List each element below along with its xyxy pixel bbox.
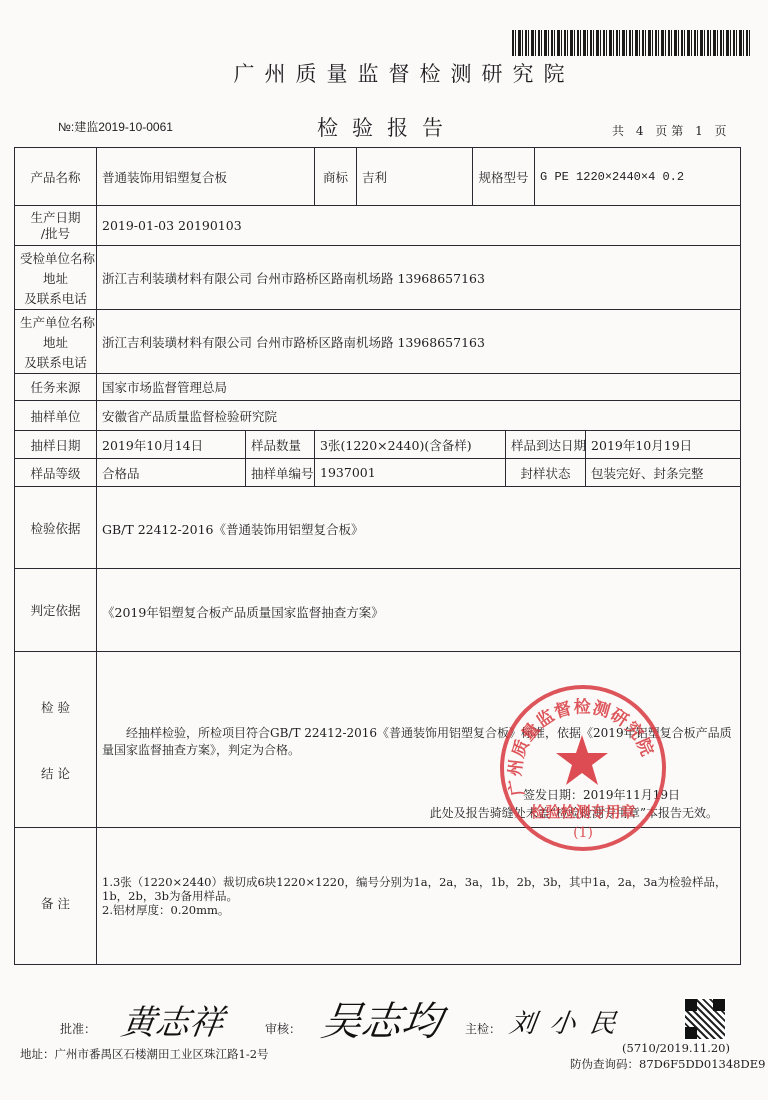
label-trademark: 商标 (315, 148, 357, 206)
remarks-line-1: 1.3张（1220×2440）裁切成6块1220×1220，编号分别为1a，2a… (102, 875, 735, 903)
value-judgment: 《2019年铝塑复合板产品质量国家监督抽查方案》 (97, 569, 741, 652)
label-conclusion: 检 验 结 论 (15, 652, 97, 828)
label-sampling-no: 抽样单编号 (246, 459, 315, 487)
row-product: 产品名称 普通装饰用铝塑复合板 商标 吉利 规格型号 G PE 1220×244… (15, 148, 741, 206)
value-product-name: 普通装饰用铝塑复合板 (97, 148, 315, 206)
chief-signature: 刘小民 (507, 1003, 632, 1040)
footer-address: 地址：广州市番禺区石楼潮田工业区珠江路1-2号 (20, 1046, 269, 1062)
approve-label: 批准： (60, 1020, 96, 1037)
star-icon (556, 735, 608, 785)
label-seal-status: 封样状态 (506, 459, 586, 487)
stamp-bottom-text: 检验检测专用章 (530, 803, 635, 821)
value-production-date: 2019-01-03 20190103 (97, 206, 741, 246)
value-task-source: 国家市场监督管理总局 (97, 374, 741, 401)
label-line: 结 论 (20, 764, 91, 782)
label-judgment: 判定依据 (15, 569, 97, 652)
page-info: 共 4 页第 1 页 (612, 122, 731, 139)
row-producer-unit: 生产单位名称 地址 及联系电话 浙江吉利装璜材料有限公司 台州市路桥区路南机场路… (15, 310, 741, 374)
value-basis: GB/T 22412-2016《普通装饰用铝塑复合板》 (97, 487, 741, 569)
serial-number: (5710/2019.11.20) (600, 1040, 730, 1056)
label-line: 及联系电话 (20, 353, 91, 373)
approve-signature: 黄志祥 (119, 995, 228, 1044)
qr-code[interactable] (684, 998, 726, 1040)
institute-name: 广州质量监督检测研究院 (0, 58, 768, 88)
review-signature: 吴志均 (318, 990, 446, 1047)
row-sample-grade: 样品等级 合格品 抽样单编号 1937001 封样状态 包装完好、封条完整 (15, 459, 741, 487)
barcode (512, 30, 752, 56)
review-label: 审核： (265, 1020, 301, 1037)
row-sampling-date: 抽样日期 2019年10月14日 样品数量 3张(1220×2440)(含备样)… (15, 431, 741, 459)
row-production-date: 生产日期 /批号 2019-01-03 20190103 (15, 206, 741, 246)
label-sample-grade: 样品等级 (15, 459, 97, 487)
label-producer-unit: 生产单位名称 地址 及联系电话 (15, 310, 97, 374)
stamp-number: (1) (573, 825, 593, 841)
value-seal-status: 包装完好、封条完整 (586, 459, 741, 487)
row-sampling-unit: 抽样单位 安徽省产品质量监督检验研究院 (15, 401, 741, 431)
value-sampling-no: 1937001 (315, 459, 506, 487)
label-line: 检 验 (20, 698, 91, 716)
value-sampling-date: 2019年10月14日 (97, 431, 246, 459)
value-arrival-date: 2019年10月19日 (586, 431, 741, 459)
label-remarks: 备 注 (15, 828, 97, 965)
label-line: /批号 (20, 226, 91, 242)
footer-codes: (5710/2019.11.20) 防伪查询码：87D6F5DD01348DE9 (600, 1040, 730, 1072)
value-sampling-unit: 安徽省产品质量监督检验研究院 (97, 401, 741, 431)
label-sampling-unit: 抽样单位 (15, 401, 97, 431)
label-spec: 规格型号 (473, 148, 535, 206)
value-producer-unit: 浙江吉利装璜材料有限公司 台州市路桥区路南机场路 13968657163 (97, 310, 741, 374)
label-line: 受检单位名称 (20, 249, 91, 269)
label-production-date: 生产日期 /批号 (15, 206, 97, 246)
remarks-line-2: 2.铝材厚度：0.20mm。 (102, 903, 735, 917)
row-remarks: 备 注 1.3张（1220×2440）裁切成6块1220×1220，编号分别为1… (15, 828, 741, 965)
label-inspected-unit: 受检单位名称 地址 及联系电话 (15, 246, 97, 310)
row-task-source: 任务来源 国家市场监督管理总局 (15, 374, 741, 401)
label-task-source: 任务来源 (15, 374, 97, 401)
value-trademark: 吉利 (357, 148, 473, 206)
value-sample-quantity: 3张(1220×2440)(含备样) (315, 431, 506, 459)
row-judgment: 判定依据 《2019年铝塑复合板产品质量国家监督抽查方案》 (15, 569, 741, 652)
row-inspected-unit: 受检单位名称 地址 及联系电话 浙江吉利装璜材料有限公司 台州市路桥区路南机场路… (15, 246, 741, 310)
label-line: 生产日期 (20, 210, 91, 226)
label-basis: 检验依据 (15, 487, 97, 569)
row-basis: 检验依据 GB/T 22412-2016《普通装饰用铝塑复合板》 (15, 487, 741, 569)
anti-fake-code: 防伪查询码：87D6F5DD01348DE9 (570, 1056, 730, 1072)
label-sample-quantity: 样品数量 (246, 431, 315, 459)
label-line: 地址 (20, 333, 91, 353)
label-line: 地址 (20, 269, 91, 289)
label-sampling-date: 抽样日期 (15, 431, 97, 459)
chief-label: 主检： (465, 1020, 501, 1037)
label-line: 生产单位名称 (20, 313, 91, 333)
value-spec: G PE 1220×2440×4 0.2 (535, 148, 741, 206)
label-line: 及联系电话 (20, 289, 91, 309)
label-product-name: 产品名称 (15, 148, 97, 206)
value-sample-grade: 合格品 (97, 459, 246, 487)
value-inspected-unit: 浙江吉利装璜材料有限公司 台州市路桥区路南机场路 13968657163 (97, 246, 741, 310)
value-remarks: 1.3张（1220×2440）裁切成6块1220×1220，编号分别为1a，2a… (97, 828, 741, 965)
label-arrival-date: 样品到达日期 (506, 431, 586, 459)
